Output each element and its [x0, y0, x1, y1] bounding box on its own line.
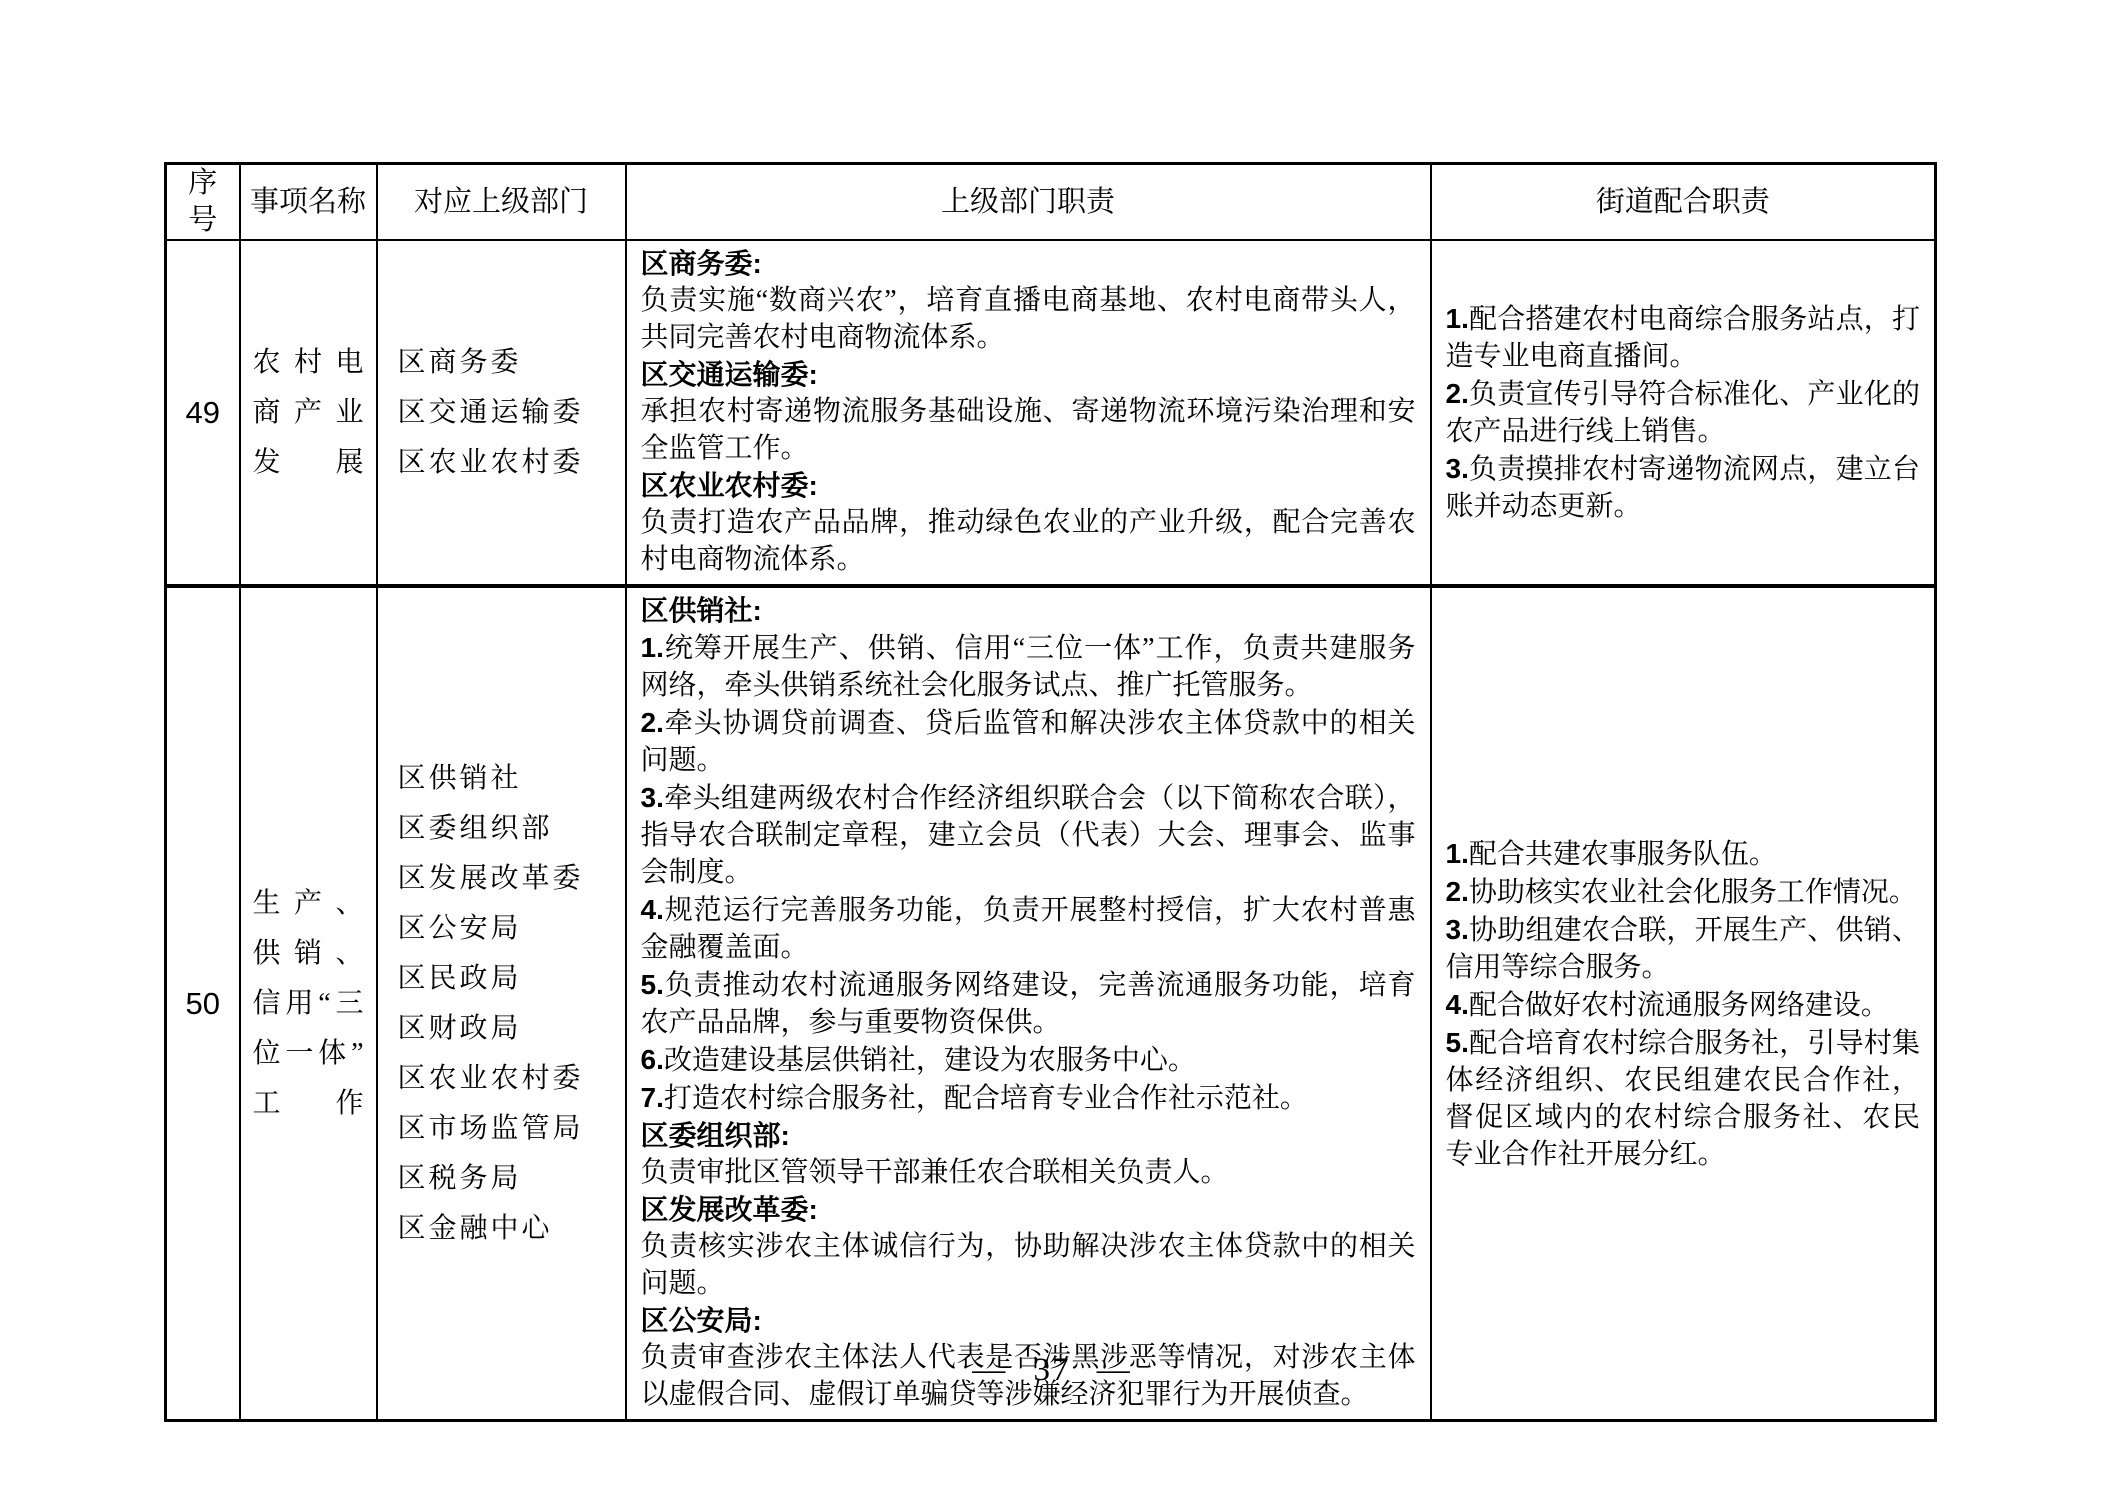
department-duty-header: 区发展改革委: — [641, 1191, 1416, 1228]
table-row-50: 50 生产、供销、信用“三位一体”工作 区供销社区委组织部区发展改革委区公安局区… — [166, 586, 1936, 1421]
numbered-duty-item: 1.统筹开展生产、供销、信用“三位一体”工作，负责共建服务网络，牵头供销系统社会… — [641, 629, 1416, 704]
departments-cell: 区供销社区委组织部区发展改革委区公安局区民政局区财政局区农业农村委区市场监管局区… — [377, 586, 626, 1421]
numbered-duty-item: 4.规范运行完善服务功能，负责开展整村授信，扩大农村普惠金融覆盖面。 — [641, 891, 1416, 966]
department-line: 区市场监管局 — [398, 1104, 605, 1154]
col-header-street-duties: 街道配合职责 — [1431, 164, 1936, 241]
numbered-duty-item: 3.牵头组建两级农村合作经济组织联合会（以下简称农合联），指导农合联制定章程，建… — [641, 779, 1416, 891]
department-line: 区民政局 — [398, 954, 605, 1004]
item-number: 1. — [1446, 303, 1469, 334]
numbered-duty-item: 4.配合做好农村流通服务网络建设。 — [1446, 986, 1921, 1024]
duty-paragraph: 负责审批区管领导干部兼任农合联相关负责人。 — [641, 1154, 1416, 1191]
item-number: 5. — [641, 969, 664, 1000]
item-number: 7. — [641, 1082, 664, 1113]
department-line: 区商务委 — [398, 338, 605, 388]
department-duty-header: 区供销社: — [641, 592, 1416, 629]
numbered-duty-item: 2.牵头协调贷前调查、贷后监管和解决涉农主体贷款中的相关问题。 — [641, 704, 1416, 779]
department-line: 区供销社 — [398, 754, 605, 804]
item-number: 3. — [1446, 914, 1469, 945]
department-line: 区金融中心 — [398, 1204, 605, 1254]
department-duty-header: 区交通运输委: — [641, 356, 1416, 393]
seq-cell: 49 — [166, 240, 240, 586]
department-duty-header: 区公安局: — [641, 1302, 1416, 1339]
duty-paragraph: 负责实施“数商兴农”，培育直播电商基地、农村电商带头人，共同完善农村电商物流体系… — [641, 282, 1416, 356]
duty-paragraph: 负责核实涉农主体诚信行为，协助解决涉农主体贷款中的相关问题。 — [641, 1228, 1416, 1302]
department-line: 区税务局 — [398, 1154, 605, 1204]
col-header-superior-duties: 上级部门职责 — [626, 164, 1431, 241]
table-header-row: 序号 事项名称 对应上级部门 上级部门职责 街道配合职责 — [166, 164, 1936, 241]
department-line: 区农业农村委 — [398, 438, 605, 488]
department-line: 区交通运输委 — [398, 388, 605, 438]
numbered-duty-item: 3.协助组建农合联，开展生产、供销、信用等综合服务。 — [1446, 911, 1921, 986]
numbered-duty-item: 1.配合搭建农村电商综合服务站点，打造专业电商直播间。 — [1446, 300, 1921, 375]
department-line: 区农业农村委 — [398, 1054, 605, 1104]
item-number: 1. — [1446, 838, 1469, 869]
page-number: — 37 — — [0, 1352, 2104, 1389]
department-duty-header: 区商务委: — [641, 245, 1416, 282]
col-header-superior-departments: 对应上级部门 — [377, 164, 626, 241]
street-duties-cell: 1.配合搭建农村电商综合服务站点，打造专业电商直播间。2.负责宣传引导符合标准化… — [1431, 240, 1936, 586]
item-name-cell: 农村电商产业发展 — [240, 240, 377, 586]
duty-paragraph: 负责打造农产品品牌，推动绿色农业的产业升级，配合完善农村电商物流体系。 — [641, 504, 1416, 578]
item-name-cell: 生产、供销、信用“三位一体”工作 — [240, 586, 377, 1421]
item-number: 5. — [1446, 1027, 1469, 1058]
item-number: 2. — [641, 707, 664, 738]
numbered-duty-item: 5.配合培育农村综合服务社，引导村集体经济组织、农民组建农民合作社，督促区域内的… — [1446, 1024, 1921, 1173]
item-number: 1. — [641, 632, 664, 663]
department-duty-header: 区委组织部: — [641, 1117, 1416, 1154]
department-line: 区财政局 — [398, 1004, 605, 1054]
numbered-duty-item: 6.改造建设基层供销社，建设为农服务中心。 — [641, 1041, 1416, 1079]
department-line: 区委组织部 — [398, 804, 605, 854]
duty-paragraph: 承担农村寄递物流服务基础设施、寄递物流环境污染治理和安全监管工作。 — [641, 393, 1416, 467]
table-row-49: 49 农村电商产业发展 区商务委区交通运输委区农业农村委 区商务委:负责实施“数… — [166, 240, 1936, 586]
department-line: 区公安局 — [398, 904, 605, 954]
superior-duties-cell: 区供销社:1.统筹开展生产、供销、信用“三位一体”工作，负责共建服务网络，牵头供… — [626, 586, 1431, 1421]
item-number: 2. — [1446, 876, 1469, 907]
numbered-duty-item: 7.打造农村综合服务社，配合培育专业合作社示范社。 — [641, 1079, 1416, 1117]
numbered-duty-item: 5.负责推动农村流通服务网络建设，完善流通服务功能，培育农产品品牌，参与重要物资… — [641, 966, 1416, 1041]
col-header-item-name: 事项名称 — [240, 164, 377, 241]
departments-cell: 区商务委区交通运输委区农业农村委 — [377, 240, 626, 586]
item-number: 6. — [641, 1044, 664, 1075]
numbered-duty-item: 3.负责摸排农村寄递物流网点，建立台账并动态更新。 — [1446, 450, 1921, 525]
numbered-duty-item: 1.配合共建农事服务队伍。 — [1446, 835, 1921, 873]
responsibility-table: 序号 事项名称 对应上级部门 上级部门职责 街道配合职责 49 农村电商产业发展… — [164, 162, 1937, 1422]
department-line: 区发展改革委 — [398, 854, 605, 904]
seq-cell: 50 — [166, 586, 240, 1421]
item-number: 4. — [1446, 989, 1469, 1020]
item-number: 2. — [1446, 378, 1469, 409]
numbered-duty-item: 2.协助核实农业社会化服务工作情况。 — [1446, 873, 1921, 911]
superior-duties-cell: 区商务委:负责实施“数商兴农”，培育直播电商基地、农村电商带头人，共同完善农村电… — [626, 240, 1431, 586]
numbered-duty-item: 2.负责宣传引导符合标准化、产业化的农产品进行线上销售。 — [1446, 375, 1921, 450]
department-duty-header: 区农业农村委: — [641, 467, 1416, 504]
item-number: 3. — [1446, 453, 1469, 484]
col-header-seq: 序号 — [166, 164, 240, 241]
document-page: 序号 事项名称 对应上级部门 上级部门职责 街道配合职责 49 农村电商产业发展… — [0, 0, 2104, 1488]
item-number: 3. — [641, 782, 664, 813]
item-number: 4. — [641, 894, 664, 925]
street-duties-cell: 1.配合共建农事服务队伍。2.协助核实农业社会化服务工作情况。3.协助组建农合联… — [1431, 586, 1936, 1421]
